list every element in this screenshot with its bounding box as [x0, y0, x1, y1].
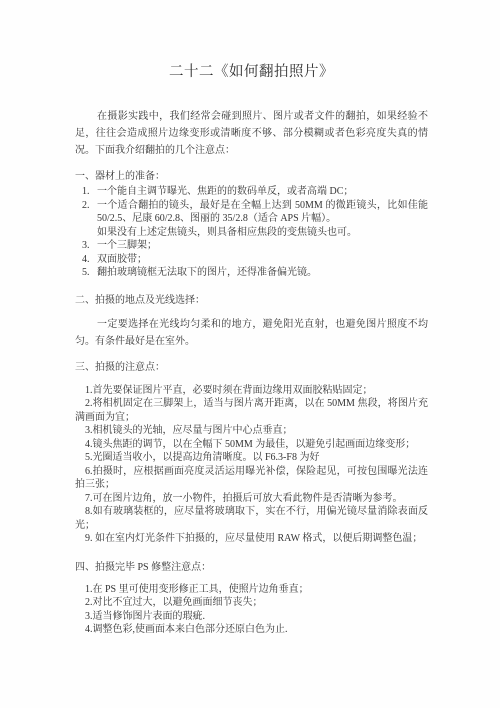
list-item: 1. 一个能自主调节曝光、焦距的的数码单反，或者高端 DC；: [75, 185, 428, 199]
list-item-number: 4.: [82, 253, 90, 267]
ps-retouch-list: 1.在 PS 里可使用变形修正工具，使照片边角垂直； 2.对比不宜过大，以避免画…: [75, 583, 428, 637]
list-item: 2. 一个适合翻拍的镜头，最好是在全幅上达到 50MM 的微距镜头，比如佳能 5…: [75, 199, 428, 240]
list-item: 3. 一个三脚架；: [75, 239, 428, 253]
section-ps-retouch: 四、拍摄完毕 PS 修整注意点： 1.在 PS 里可使用变形修正工具，使照片边角…: [75, 561, 428, 637]
list-item: 9. 如在室内灯光条件下拍摄的，应尽量使用 RAW 格式，以便后期调整色温；: [75, 532, 428, 546]
list-item-number: 2.: [82, 199, 90, 213]
section-heading: 三、拍摄的注意点：: [75, 361, 428, 374]
intro-paragraph: 在摄影实践中，我们经常会碰到照片、图片或者文件的翻拍，如果经验不足，往往会造成照…: [75, 108, 428, 159]
equipment-list: 1. 一个能自主调节曝光、焦距的的数码单反，或者高端 DC； 2. 一个适合翻拍…: [75, 185, 428, 280]
list-item: 3.相机镜头的光轴，应尽量与图片中心点垂直；: [75, 424, 428, 438]
list-item-text: 一个三脚架；: [97, 240, 157, 251]
shooting-tips-list: 1.首先要保证图片平直，必要时须在背面边缘用双面胶粘贴固定； 2.将相机固定在三…: [75, 384, 428, 546]
list-item-text: 一个能自主调节曝光、焦距的的数码单反，或者高端 DC；: [97, 186, 353, 197]
section-heading: 一、器材上的准备：: [75, 170, 428, 183]
list-item: 4.镜头焦距的调节，以在全幅下 50MM 为最佳，以避免引起画面边缘变形；: [75, 438, 428, 452]
list-item: 2.将相机固定在三脚架上，适当与图片离开距离，以在 50MM 焦段，将图片充满画…: [75, 397, 428, 424]
list-item: 1.在 PS 里可使用变形修正工具，使照片边角垂直；: [75, 583, 428, 597]
list-item-text: 翻拍玻璃镜框无法取下的图片，还得准备偏光镜。: [97, 267, 317, 278]
list-item: 7.可在图片边角，放一小物件，拍摄后可放大看此物件是否清晰为参考。: [75, 492, 428, 506]
list-item: 5.光圈适当收小，以提高边角清晰度。以 F6.3-F8 为好: [75, 451, 428, 465]
list-item: 2.对比不宜过大，以避免画面细节丧失；: [75, 596, 428, 610]
list-item-number: 5.: [82, 266, 90, 280]
list-item: 8.如有玻璃装框的，应尽量将玻璃取下，实在不行，用偏光镜尽量消除表面反光；: [75, 505, 428, 532]
list-item: 4. 双面胶带；: [75, 253, 428, 267]
section-equipment: 一、器材上的准备： 1. 一个能自主调节曝光、焦距的的数码单反，或者高端 DC；…: [75, 170, 428, 280]
location-paragraph: 一定要选择在光线均匀柔和的地方，避免阳光直射，也避免图片照度不均匀。有条件最好是…: [75, 316, 428, 350]
list-item: 6.拍摄时，应根据画面亮度灵活运用曝光补偿，保险起见，可按包围曝光法连拍三张；: [75, 465, 428, 492]
list-item: 1.首先要保证图片平直，必要时须在背面边缘用双面胶粘贴固定；: [75, 384, 428, 398]
list-item-number: 3.: [82, 239, 90, 253]
list-item-text: 一个适合翻拍的镜头，最好是在全幅上达到 50MM 的微距镜头，比如佳能 50/2…: [97, 200, 428, 225]
section-location-light: 二、拍摄的地点及光线选择： 一定要选择在光线均匀柔和的地方，避免阳光直射，也避免…: [75, 294, 428, 350]
list-item-number: 1.: [82, 185, 90, 199]
section-heading: 二、拍摄的地点及光线选择：: [75, 294, 428, 307]
list-item: 4.调整色彩,使画面本来白色部分还原白色为止.: [75, 623, 428, 637]
list-item: 5. 翻拍玻璃镜框无法取下的图片，还得准备偏光镜。: [75, 266, 428, 280]
list-item-text: 双面胶带；: [97, 254, 147, 265]
section-shooting-tips: 三、拍摄的注意点： 1.首先要保证图片平直，必要时须在背面边缘用双面胶粘贴固定；…: [75, 361, 428, 546]
document-page: 二十二《如何翻拍照片》 在摄影实践中，我们经常会碰到照片、图片或者文件的翻拍，如…: [0, 0, 500, 708]
list-item: 3.适当修饰图片表面的瑕疵.: [75, 610, 428, 624]
section-heading: 四、拍摄完毕 PS 修整注意点：: [75, 561, 428, 574]
document-title: 二十二《如何翻拍照片》: [75, 62, 428, 82]
list-item-note: 如果没有上述定焦镜头，则具备相应焦段的变焦镜头也可。: [97, 226, 428, 240]
